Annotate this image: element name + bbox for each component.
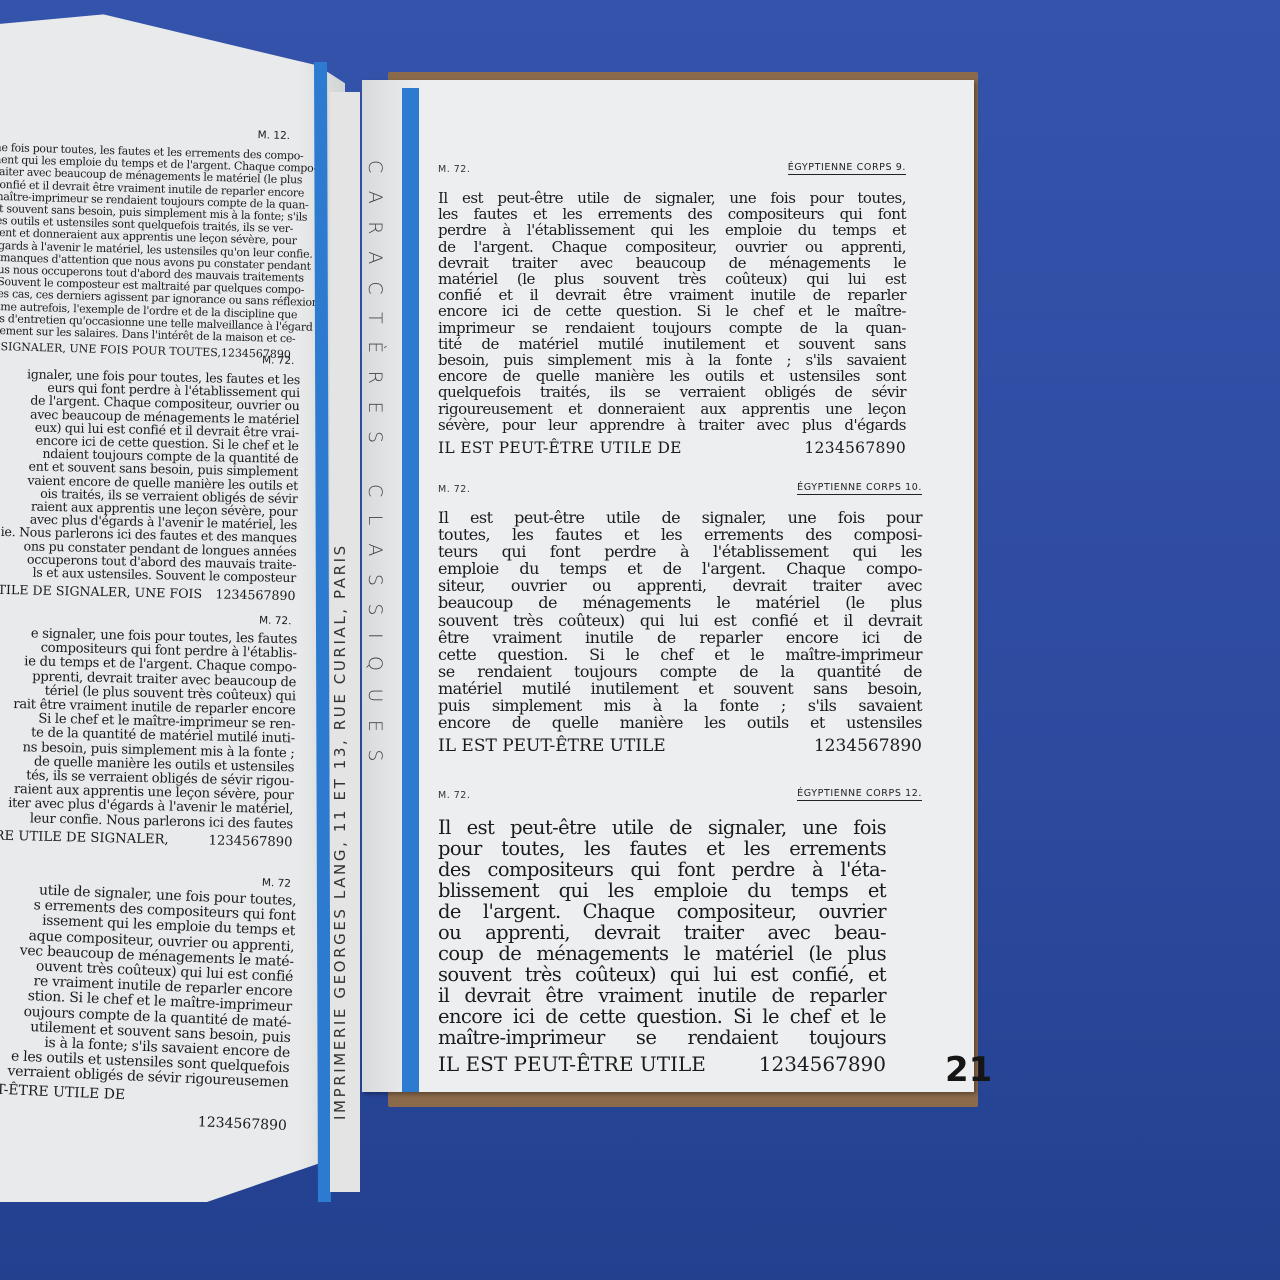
section-title-vertical: CARACTÈRES CLASSIQUES	[364, 160, 386, 779]
text-line: coup de ménagements le matériel (le plus	[438, 943, 886, 964]
text-line: devrait traiter avec beaucoup de ménagem…	[438, 255, 906, 271]
text-line: être vraiment inutile de reparler encore…	[438, 629, 922, 646]
text-line: souvent très coûteux) qui lui est confié…	[438, 612, 922, 629]
text-line: tité de matériel mutilé inutilement et s…	[438, 336, 906, 352]
caps-sample: IL EST PEUT-ÊTRE UTILE	[438, 1052, 706, 1076]
text-line: maître-imprimeur se rendaient toujours	[438, 1027, 886, 1048]
text-line: Il est peut-être utile de signaler, une …	[438, 817, 886, 838]
specimen-egyptienne-12: M. 72. ÉGYPTIENNE CORPS 12. Il est peut-…	[438, 788, 922, 1076]
caps-sample: IL EST PEUT-ÊTRE UTILE	[438, 736, 666, 756]
figures-sample: 1234567890	[804, 439, 906, 457]
left-specimen-4: M. 72 utile de signaler, une fois pour t…	[0, 866, 297, 1134]
specimen-egyptienne-9: M. 72. ÉGYPTIENNE CORPS 9. Il est peut-ê…	[438, 162, 906, 457]
specimen-size-label: ÉGYPTIENNE CORPS 12.	[797, 788, 922, 801]
specimen-body: Il est peut-être utile de signaler, une …	[438, 509, 922, 731]
printer-imprint: IMPRIMERIE GEORGES LANG, 11 ET 13, RUE C…	[331, 90, 349, 1120]
caps-sample: IL EST PEUT-ÊTRE UTILE DE	[438, 439, 682, 457]
text-line: des compositeurs qui font perdre à l'éta…	[438, 859, 886, 880]
text-line: teurs qui font perdre à l'établissement …	[438, 543, 922, 560]
specimen-ref: M. 72.	[259, 615, 292, 628]
specimen-ref: M. 72.	[438, 484, 470, 495]
right-blue-rule	[402, 88, 419, 1092]
specimen-body: utile de signaler, une fois pour toutes,…	[0, 866, 297, 1092]
figures-sample: 1234567890	[215, 587, 295, 604]
text-line: encore de quelle manière les outils et u…	[438, 368, 906, 384]
specimen-egyptienne-10: M. 72. ÉGYPTIENNE CORPS 10. Il est peut-…	[438, 482, 922, 756]
specimen-header: M. 72. ÉGYPTIENNE CORPS 10.	[438, 482, 922, 495]
specimen-caps-line: IL EST PEUT-ÊTRE UTILE 1234567890	[438, 1052, 886, 1076]
text-line: matériel mutilé inutilement et souvent s…	[438, 680, 922, 697]
text-line: encore ici de cette question. Si le chef…	[438, 303, 906, 319]
specimen-size-label: ÉGYPTIENNE CORPS 9.	[788, 162, 906, 175]
specimen-size-label: ÉGYPTIENNE CORPS 10.	[797, 482, 922, 495]
text-line: quelquefois traités, ils se verraient ob…	[438, 384, 906, 400]
specimen-header: M. 72. ÉGYPTIENNE CORPS 9.	[438, 162, 906, 175]
text-line: Il est peut-être utile de signaler, une …	[438, 509, 922, 526]
text-line: encore de quelle manière les outils et u…	[438, 714, 922, 731]
page-number: 21	[945, 1050, 992, 1090]
figures-sample: 1234567890	[759, 1052, 886, 1076]
specimen-body: e signaler, une fois pour toutes, les fa…	[0, 609, 298, 833]
left-specimen-1: M. 12. ne fois pour toutes, les fautes e…	[0, 126, 295, 362]
text-line: de l'argent. Chaque compositeur, ouvrier…	[438, 239, 906, 255]
specimen-body: ne fois pour toutes, les fautes et les e…	[0, 126, 295, 346]
figures-sample: 1234567890	[208, 833, 292, 850]
text-line: emploie du temps et de l'argent. Chaque …	[438, 560, 922, 577]
text-line: besoin, puis simplement mis à la fonte ;…	[438, 352, 906, 368]
text-line: matériel (le plus souvent très coûteux) …	[438, 271, 906, 287]
text-line: il devrait être vraiment inutile de repa…	[438, 985, 886, 1006]
text-line: se rendaient toujours compte de la quant…	[438, 663, 922, 680]
specimen-ref: M. 72.	[262, 354, 295, 367]
specimen-ref: M. 72	[262, 877, 292, 890]
text-line: les fautes et les errements des composit…	[438, 206, 906, 222]
text-line: siteur, ouvrier ou apprenti, devrait tra…	[438, 577, 922, 594]
specimen-ref: M. 72.	[438, 790, 470, 801]
specimen-ref: M. 72.	[438, 164, 470, 175]
text-line: Il est peut-être utile de signaler, une …	[438, 190, 906, 206]
text-line: perdre à l'établissement qui les emploie…	[438, 222, 906, 238]
specimen-ref: M. 12.	[257, 129, 290, 142]
text-line: rigoureusement et donneraient aux appren…	[438, 401, 906, 417]
specimen-caps-line: IL EST PEUT-ÊTRE UTILE 1234567890	[438, 736, 922, 756]
text-line: cette question. Si le chef et le maître-…	[438, 646, 922, 663]
text-line: puis simplement mis à la fonte ; s'ils s…	[438, 697, 922, 714]
text-line: toutes, les fautes et les errements des …	[438, 526, 922, 543]
text-line: pour toutes, les fautes et les errements	[438, 838, 886, 859]
figures-sample: 1234567890	[814, 736, 922, 756]
text-line: beaucoup de ménagements le matériel (le …	[438, 594, 922, 611]
text-line: ou apprenti, devrait traiter avec beau-	[438, 922, 886, 943]
text-line: sévère, pour leur apprendre à traiter av…	[438, 417, 906, 433]
left-specimen-2: M. 72. ignaler, une fois pour toutes, le…	[0, 349, 301, 603]
text-line: imprimeur se rendaient toujours compte d…	[438, 320, 906, 336]
specimen-body: ignaler, une fois pour toutes, les faute…	[0, 349, 301, 584]
specimen-body: Il est peut-être utile de signaler, une …	[438, 190, 906, 433]
text-line: encore ici de cette question. Si le chef…	[438, 1006, 886, 1027]
specimen-caps-line: IL EST PEUT-ÊTRE UTILE DE 1234567890	[438, 439, 906, 457]
left-specimen-3: M. 72. e signaler, une fois pour toutes,…	[0, 609, 298, 851]
text-line: confié et il devrait être vraiment inuti…	[438, 287, 906, 303]
caps-sample: T-ÊTRE UTILE DE	[0, 1081, 125, 1102]
text-line: blissement qui les emploie du temps et	[438, 880, 886, 901]
specimen-header: M. 72. ÉGYPTIENNE CORPS 12.	[438, 788, 922, 801]
text-line: souvent très coûteux) qui lui est confié…	[438, 964, 886, 985]
specimen-body: Il est peut-être utile de signaler, une …	[438, 817, 886, 1048]
text-line: de l'argent. Chaque compositeur, ouvrier	[438, 901, 886, 922]
